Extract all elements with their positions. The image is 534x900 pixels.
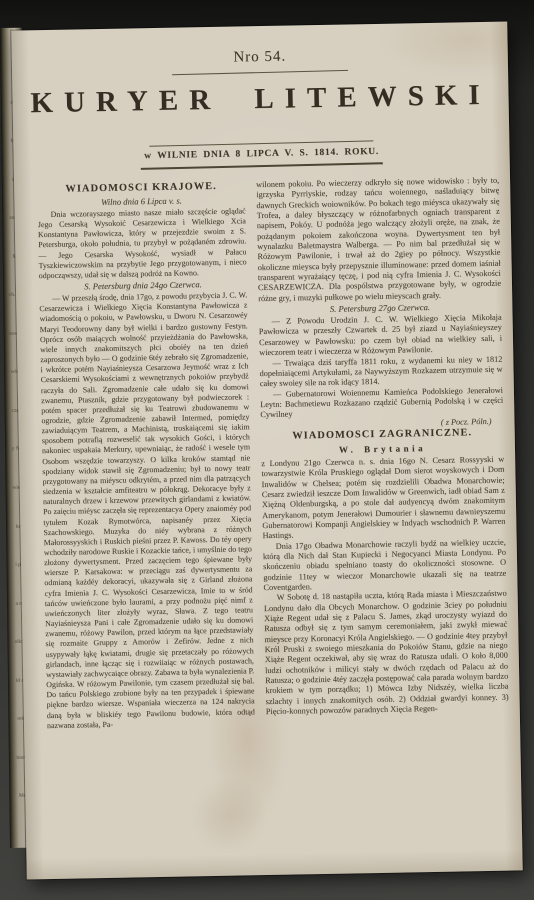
article-columns: WIADOMOSCI KRAJOWE. Wilno dnia 6 Lipca v… [37,176,521,801]
article-paragraph: Dnia wczorayszego miasto nasze miało szc… [38,206,247,281]
newspaper-title: KURYER LITEWSKI [12,77,509,122]
issue-rule [172,70,348,75]
article-paragraph: — W przeszłą środę, dnia 17go, z powodu … [39,290,255,730]
article-paragraph: Dnia 17go Obadwa Monarchowie raczyli byd… [263,537,507,593]
article-paragraph: z Londynu 21go Czerwca n. s. dnia 16go N… [261,455,505,542]
section-header-domestic: WIADOMOSCI KRAJOWE. [37,180,245,196]
newspaper-page: Nro 54. KURYER LITEWSKI w WILNIE DNIA 8 … [11,22,522,880]
article-paragraph: — Trwaiąca dziś taryffa 1811 roku, z wyd… [259,354,503,389]
article-paragraph: wilonem pokoiu. Po wieczerzy odkryło się… [256,176,501,305]
scan-background: ćwi dnia ły w i ta- szcza Xię- ch. — now… [0,0,534,900]
issue-number: Nro 54. [12,44,508,71]
dateline-rule-bottom [141,162,383,170]
left-column: WIADOMOSCI KRAJOWE. Wilno dnia 6 Lipca v… [37,180,256,800]
article-paragraph: — Z Powodu Urodzin J. C. W. Wielkiego Xi… [259,313,503,359]
article-paragraph: W Sobotę d. 18 nastąpiła uczta, którą Ra… [264,589,509,718]
article-paragraph: — Gubernatorowi Woiennemu Kamieńca Podol… [260,385,504,420]
masthead-block: Nro 54. KURYER LITEWSKI w WILNIE DNIA 8 … [12,44,510,172]
right-column: wilonem pokoiu. Po wieczerzy odkryło się… [256,176,510,796]
publication-dateline: w WILNIE DNIA 8 LIPCA V. S. 1814. ROKU. [13,144,509,165]
